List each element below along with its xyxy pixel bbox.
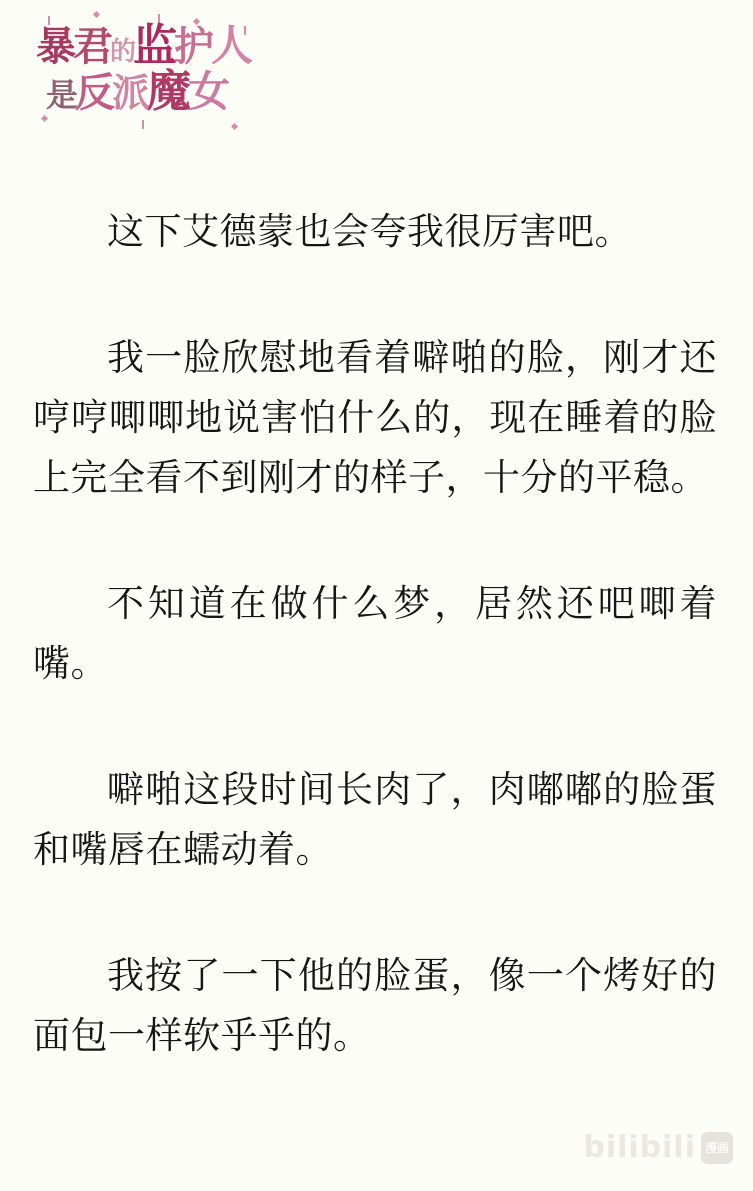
sparkle-icon bbox=[158, 14, 160, 23]
manga-badge-label: 漫画 bbox=[705, 1139, 729, 1156]
paragraph: 我按了一下他的脸蛋，像一个烤好的面包一样软乎乎的。 bbox=[33, 946, 717, 1066]
body-text: 这下艾德蒙也会夸我很厉害吧。 我一脸欣慰地看着噼啪的脸，刚才还哼哼唧唧地说害怕什… bbox=[33, 202, 717, 1066]
paragraph: 不知道在做什么梦，居然还吧唧着嘴。 bbox=[33, 574, 717, 694]
logo-char: 君 bbox=[73, 27, 110, 67]
logo-char: 女 bbox=[188, 71, 227, 113]
series-logo: 暴君的监护人 是反派魔女 bbox=[36, 24, 276, 154]
logo-line-1: 暴君的监护人 bbox=[36, 24, 276, 68]
sparkle-icon bbox=[244, 26, 246, 35]
paragraph: 这下艾德蒙也会夸我很厉害吧。 bbox=[33, 202, 717, 262]
bilibili-wordmark: bilibili bbox=[583, 1130, 696, 1165]
sparkle-icon bbox=[231, 123, 238, 130]
logo-char: 暴 bbox=[36, 27, 73, 67]
logo-char: 反 bbox=[75, 73, 112, 113]
watermark: bilibili 漫画 bbox=[583, 1130, 733, 1165]
page: 暴君的监护人 是反派魔女 这下艾德蒙也会夸我很厉害吧。 我一脸欣慰地看着噼啪的脸… bbox=[0, 0, 753, 1191]
sparkle-icon bbox=[142, 120, 144, 129]
paragraph: 我一脸欣慰地看着噼啪的脸，刚才还哼哼唧唧地说害怕什么的，现在睡着的脸上完全看不到… bbox=[33, 328, 717, 508]
logo-char: 是 bbox=[46, 79, 75, 111]
logo-char: 派 bbox=[112, 74, 147, 112]
sparkle-icon bbox=[48, 16, 50, 25]
logo-line-2: 是反派魔女 bbox=[36, 70, 276, 114]
manga-badge-icon: 漫画 bbox=[701, 1132, 733, 1164]
logo-char: 的 bbox=[110, 39, 133, 65]
paragraph: 噼啪这段时间长肉了，肉嘟嘟的脸蛋和嘴唇在蠕动着。 bbox=[33, 760, 717, 880]
sparkle-icon bbox=[41, 115, 48, 122]
logo-char: 魔 bbox=[147, 70, 188, 114]
logo-char: 护 bbox=[174, 27, 211, 67]
sparkle-icon bbox=[93, 11, 100, 18]
logo-char: 监 bbox=[133, 24, 174, 68]
